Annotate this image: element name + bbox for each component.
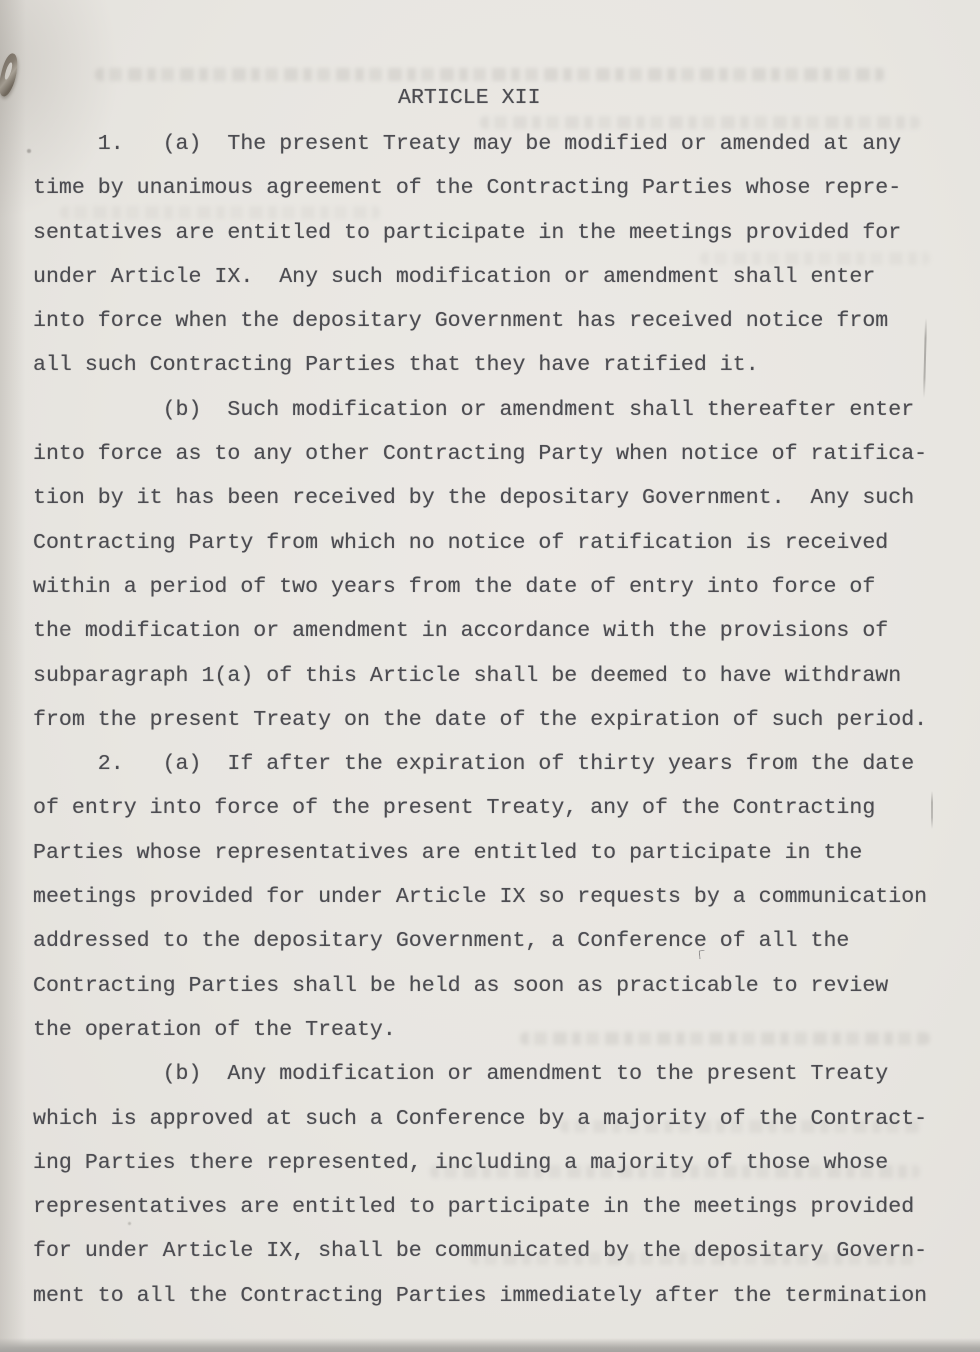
text-line: Parties whose representatives are entitl… [33, 831, 927, 875]
text-line: of entry into force of the present Treat… [33, 786, 927, 830]
text-line: sentatives are entitled to participate i… [33, 211, 927, 255]
text-line: Contracting Party from which no notice o… [33, 521, 927, 565]
text-line: from the present Treaty on the date of t… [33, 698, 927, 742]
paragraph-2a: 2. (a) If after the expiration of thirty… [33, 742, 927, 1052]
paragraph-1b: (b) Such modification or amendment shall… [33, 388, 927, 742]
text-line: into force when the depositary Governmen… [33, 299, 927, 343]
bleed-through-smudge [95, 68, 885, 81]
text-line: ing Parties there represented, including… [33, 1141, 927, 1185]
text-line: 1. (a) The present Treaty may be modifie… [33, 122, 927, 166]
text-line: ment to all the Contracting Parties imme… [33, 1274, 927, 1318]
text-line: within a period of two years from the da… [33, 565, 927, 609]
treaty-text-body: 1. (a) The present Treaty may be modifie… [33, 122, 927, 1318]
text-line: meetings provided for under Article IX s… [33, 875, 927, 919]
text-line: subparagraph 1(a) of this Article shall … [33, 654, 927, 698]
text-line: addressed to the depositary Government, … [33, 919, 927, 963]
scanned-treaty-page: ARTICLE XII 1. (a) The present Treaty ma… [0, 0, 980, 1352]
paragraph-2b: (b) Any modification or amendment to the… [33, 1052, 927, 1318]
stray-dot [27, 149, 31, 153]
stray-dot [128, 1222, 131, 1225]
page-left-edge-shadow [0, 0, 26, 1352]
paragraph-1a: 1. (a) The present Treaty may be modifie… [33, 122, 927, 388]
text-line: 2. (a) If after the expiration of thirty… [33, 742, 927, 786]
text-line: into force as to any other Contracting P… [33, 432, 927, 476]
page-bottom-edge [0, 1338, 980, 1352]
text-line: time by unanimous agreement of the Contr… [33, 166, 927, 210]
article-title: ARTICLE XII [398, 86, 541, 110]
text-line: (b) Such modification or amendment shall… [33, 388, 927, 432]
stray-ink-mark [699, 950, 706, 960]
text-line: the operation of the Treaty. [33, 1008, 927, 1052]
text-line: representatives are entitled to particip… [33, 1185, 927, 1229]
text-line: which is approved at such a Conference b… [33, 1097, 927, 1141]
text-line: the modification or amendment in accorda… [33, 609, 927, 653]
text-line: Contracting Parties shall be held as soo… [33, 964, 927, 1008]
text-line: tion by it has been received by the depo… [33, 476, 927, 520]
text-line: for under Article IX, shall be communica… [33, 1229, 927, 1273]
staple-hole-mark [0, 52, 21, 98]
text-line: under Article IX. Any such modification … [33, 255, 927, 299]
margin-pencil-mark [931, 791, 933, 829]
text-line: all such Contracting Parties that they h… [33, 343, 927, 387]
text-line: (b) Any modification or amendment to the… [33, 1052, 927, 1096]
